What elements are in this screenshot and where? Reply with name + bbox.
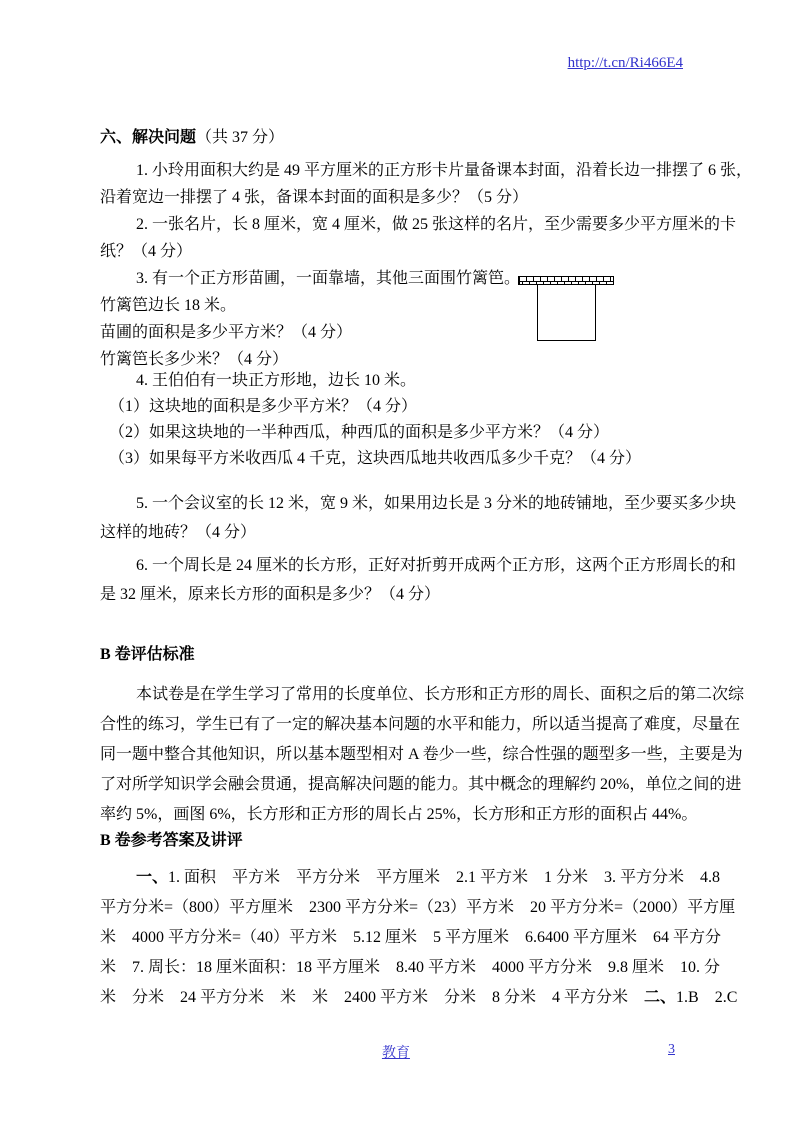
text-line: 纸？（4 分） bbox=[100, 238, 692, 265]
text-line: 苗圃的面积是多少平方米？（4 分） bbox=[100, 319, 692, 346]
text-line: 4. 王伯伯有一块正方形地，边长 10 米。 bbox=[100, 368, 692, 394]
text-line: 平方分米=（800）平方厘米 2300 平方分米=（23）平方米 20 平方分米… bbox=[100, 893, 692, 923]
text-segment: 纸？（4 分） bbox=[100, 243, 192, 260]
text-line: 一、1. 面积 平方米 平方分米 平方厘米 2.1 平方米 1 分米 3. 平方… bbox=[100, 863, 692, 893]
text-segment: （2）如果这块地的一半种西瓜，种西瓜的面积是多少平方米？（4 分） bbox=[109, 424, 609, 441]
text-line: 这样的地砖？（4 分） bbox=[100, 518, 692, 547]
evaluation-standard-heading: B 卷评估标准 bbox=[100, 645, 692, 665]
text-segment: 1.B 2.C bbox=[676, 989, 737, 1006]
text-segment: 6. 一个周长是 24 厘米的长方形，正好对折剪开成两个正方形，这两个正方形周长… bbox=[136, 557, 736, 574]
text-segment: 本试卷是在学生学习了常用的长度单位、长方形和正方形的周长、面积之后的第二次综 bbox=[136, 686, 744, 703]
footer-page-number-link[interactable]: 3 bbox=[668, 1042, 675, 1058]
text-segment: 苗圃的面积是多少平方米？（4 分） bbox=[100, 324, 352, 341]
section-heading-problems: 六、解决问题（共 37 分） bbox=[100, 128, 692, 148]
text-segment: 率约 5%，画图 6%，长方形和正方形的周长占 25%，长方形和正方形的面积占 … bbox=[100, 806, 697, 823]
text-segment: 3. 有一个正方形苗圃，一面靠墙，其他三面围竹篱笆。 bbox=[136, 270, 520, 287]
text-segment: 5. 一个会议室的长 12 米，宽 9 米，如果用边长是 3 分米的地砖铺地，至… bbox=[136, 495, 736, 512]
problem-2: 2. 一张名片，长 8 厘米，宽 4 厘米，做 25 张这样的名片，至少需要多少… bbox=[100, 211, 692, 265]
evaluation-standard-paragraph: 本试卷是在学生学习了常用的长度单位、长方形和正方形的周长、面积之后的第二次综合性… bbox=[100, 680, 692, 830]
bold-text-segment: 二、 bbox=[644, 989, 676, 1006]
text-segment: 1. 小玲用面积大约是 49 平方厘米的正方形卡片量备课本封面，沿着长边一排摆了… bbox=[136, 162, 752, 179]
text-segment: 沿着宽边一排摆了 4 张，备课本封面的面积是多少？（5 分） bbox=[100, 189, 528, 206]
answers-paragraph: 一、1. 面积 平方米 平方分米 平方厘米 2.1 平方米 1 分米 3. 平方… bbox=[100, 863, 692, 1013]
document-page: http://t.cn/Ri466E4 六、解决问题（共 37 分） 1. 小玲… bbox=[0, 0, 793, 1122]
text-line: 同一题中整合其他知识，所以基本题型相对 A 卷少一些，综合性强的题型多一些，主要… bbox=[100, 740, 692, 770]
header-url-link[interactable]: http://t.cn/Ri466E4 bbox=[568, 55, 683, 72]
answers-heading: B 卷参考答案及讲评 bbox=[100, 831, 692, 851]
text-line: 合性的练习，学生已有了一定的解决基本问题的水平和能力，所以适当提高了难度，尽量在 bbox=[100, 710, 692, 740]
bold-text-segment: 一、 bbox=[136, 869, 168, 886]
text-segment: 米 7. 周长：18 厘米面积：18 平方厘米 8.40 平方米 4000 平方… bbox=[100, 959, 720, 976]
section-heading-bold: 六、解决问题 bbox=[100, 129, 196, 146]
text-segment: （1）这块地的面积是多少平方米？（4 分） bbox=[109, 398, 417, 415]
text-line: 米 7. 周长：18 厘米面积：18 平方厘米 8.40 平方米 4000 平方… bbox=[100, 953, 692, 983]
text-line: 沿着宽边一排摆了 4 张，备课本封面的面积是多少？（5 分） bbox=[100, 184, 692, 211]
text-line: 1. 小玲用面积大约是 49 平方厘米的正方形卡片量备课本封面，沿着长边一排摆了… bbox=[100, 157, 692, 184]
text-segment: 米 4000 平方分米=（40）平方米 5.12 厘米 5 平方厘米 6.640… bbox=[100, 929, 721, 946]
text-segment: （3）如果每平方米收西瓜 4 千克，这块西瓜地共收西瓜多少千克？（4 分） bbox=[109, 450, 641, 467]
footer-education-link[interactable]: 教育 bbox=[382, 1042, 410, 1062]
text-segment: 1. 面积 平方米 平方分米 平方厘米 2.1 平方米 1 分米 3. 平方分米… bbox=[168, 869, 720, 886]
text-line: （3）如果每平方米收西瓜 4 千克，这块西瓜地共收西瓜多少千克？（4 分） bbox=[100, 446, 692, 472]
text-segment: 竹篱笆长多少米？（4 分） bbox=[100, 351, 288, 368]
text-segment: 平方分米=（800）平方厘米 2300 平方分米=（23）平方米 20 平方分米… bbox=[100, 899, 735, 916]
page-footer: 教育 3 bbox=[0, 1042, 793, 1062]
text-segment: 2. 一张名片，长 8 厘米，宽 4 厘米，做 25 张这样的名片，至少需要多少… bbox=[136, 216, 736, 233]
section-heading-points: （共 37 分） bbox=[196, 129, 284, 146]
text-segment: 竹篱笆边长 18 米。 bbox=[100, 297, 236, 314]
text-line: 率约 5%，画图 6%，长方形和正方形的周长占 25%，长方形和正方形的面积占 … bbox=[100, 800, 692, 830]
text-line: 本试卷是在学生学习了常用的长度单位、长方形和正方形的周长、面积之后的第二次综 bbox=[100, 680, 692, 710]
problem-4: 4. 王伯伯有一块正方形地，边长 10 米。（1）这块地的面积是多少平方米？（4… bbox=[100, 368, 692, 472]
text-segment: 合性的练习，学生已有了一定的解决基本问题的水平和能力，所以适当提高了难度，尽量在 bbox=[100, 716, 740, 733]
text-line: 2. 一张名片，长 8 厘米，宽 4 厘米，做 25 张这样的名片，至少需要多少… bbox=[100, 211, 692, 238]
text-line: （1）这块地的面积是多少平方米？（4 分） bbox=[100, 394, 692, 420]
text-line: （2）如果这块地的一半种西瓜，种西瓜的面积是多少平方米？（4 分） bbox=[100, 420, 692, 446]
text-line: 5. 一个会议室的长 12 米，宽 9 米，如果用边长是 3 分米的地砖铺地，至… bbox=[100, 489, 692, 518]
text-segment: 这样的地砖？（4 分） bbox=[100, 524, 256, 541]
text-line: 了对所学知识学会融会贯通，提高解决问题的能力。其中概念的理解约 20%，单位之间… bbox=[100, 770, 692, 800]
text-segment: 了对所学知识学会融会贯通，提高解决问题的能力。其中概念的理解约 20%，单位之间… bbox=[100, 776, 741, 793]
problem-1: 1. 小玲用面积大约是 49 平方厘米的正方形卡片量备课本封面，沿着长边一排摆了… bbox=[100, 157, 692, 211]
text-segment: 是 32 厘米，原来长方形的面积是多少？（4 分） bbox=[100, 586, 440, 603]
text-segment: 4. 王伯伯有一块正方形地，边长 10 米。 bbox=[136, 372, 416, 389]
problem-5: 5. 一个会议室的长 12 米，宽 9 米，如果用边长是 3 分米的地砖铺地，至… bbox=[100, 489, 692, 547]
text-segment: 米 分米 24 平方分米 米 米 2400 平方米 分米 8 分米 4 平方分米 bbox=[100, 989, 644, 1006]
text-line: 米 4000 平方分米=（40）平方米 5.12 厘米 5 平方厘米 6.640… bbox=[100, 923, 692, 953]
problem-6: 6. 一个周长是 24 厘米的长方形，正好对折剪开成两个正方形，这两个正方形周长… bbox=[100, 551, 692, 609]
text-line: 6. 一个周长是 24 厘米的长方形，正好对折剪开成两个正方形，这两个正方形周长… bbox=[100, 551, 692, 580]
text-line: 是 32 厘米，原来长方形的面积是多少？（4 分） bbox=[100, 580, 692, 609]
text-line: 米 分米 24 平方分米 米 米 2400 平方米 分米 8 分米 4 平方分米… bbox=[100, 983, 692, 1013]
text-segment: 同一题中整合其他知识，所以基本题型相对 A 卷少一些，综合性强的题型多一些，主要… bbox=[100, 746, 743, 763]
garden-plot-square-figure bbox=[537, 284, 596, 341]
text-line: 竹篱笆边长 18 米。 bbox=[100, 292, 692, 319]
